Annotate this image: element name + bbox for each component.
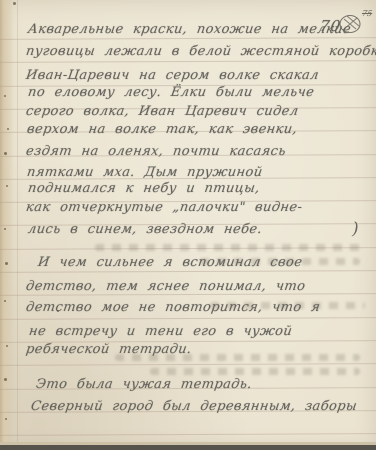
ruled-line: [0, 363, 376, 366]
scan-shadow-band: [0, 445, 376, 450]
stitch-dot: [4, 228, 6, 230]
ruled-line: [0, 433, 376, 436]
manuscript-line: Акварельные краски, похожие на мелкие: [27, 22, 352, 37]
stitch-dot: [4, 300, 6, 302]
stitch-dot: [5, 418, 7, 420]
stitch-dot: [4, 152, 7, 155]
manuscript-page: 70 75 Акварельные краски, похожие на мел…: [0, 0, 376, 450]
ruled-line: [0, 317, 376, 320]
manuscript-line: пуговицы лежали в белой жестяной коробке: [25, 44, 376, 59]
manuscript-line: пятками мха. Дым пружиной: [26, 165, 264, 180]
bleed-through-text: [95, 244, 360, 251]
manuscript-line: детство, тем яснее понимал, что: [25, 279, 306, 294]
manuscript-line: ездят на оленях, почти касаясь: [25, 144, 287, 159]
stitch-dot: [57, 310, 59, 312]
stitch-dot: [7, 128, 9, 130]
manuscript-line: по еловому лесу. Ёлки были мельче: [27, 85, 315, 100]
stitch-dot: [4, 378, 7, 381]
manuscript-line: поднимался к небу и птицы,: [27, 181, 261, 196]
stitch-dot: [5, 262, 8, 265]
corner-note: 75: [361, 9, 373, 18]
manuscript-line: как отчеркнутые „палочки" видне-: [25, 200, 303, 215]
manuscript-line: ребяческой тетради.: [25, 342, 193, 357]
stitch-dot: [6, 345, 8, 347]
ruled-line: [0, 37, 376, 40]
manuscript-line: Это была чужая тетрадь.: [35, 377, 253, 392]
stitch-dot: [6, 185, 8, 187]
bleed-through-text: [150, 368, 360, 375]
ruled-line: [0, 60, 376, 63]
stitch-dot: [4, 95, 6, 97]
manuscript-line: Северный город был деревянным, заборы: [30, 399, 358, 414]
manuscript-line: не встречу и тени его в чужой: [28, 324, 293, 339]
manuscript-line: серого волка, Иван Царевич сидел: [25, 104, 299, 119]
manuscript-line: И чем сильнее я вспоминал свое: [37, 255, 303, 270]
stitch-dot: [13, 2, 16, 5]
margin-paren: ): [352, 219, 359, 239]
manuscript-line: верхом на волке так, как эвенки,: [26, 122, 298, 137]
manuscript-line: лись в синем, звездном небе.: [27, 222, 263, 237]
manuscript-line: детство мое не повторится, что я: [25, 300, 321, 315]
ruled-line: [0, 270, 376, 273]
manuscript-line: Иван-Царевич на сером волке скакал: [25, 68, 320, 83]
